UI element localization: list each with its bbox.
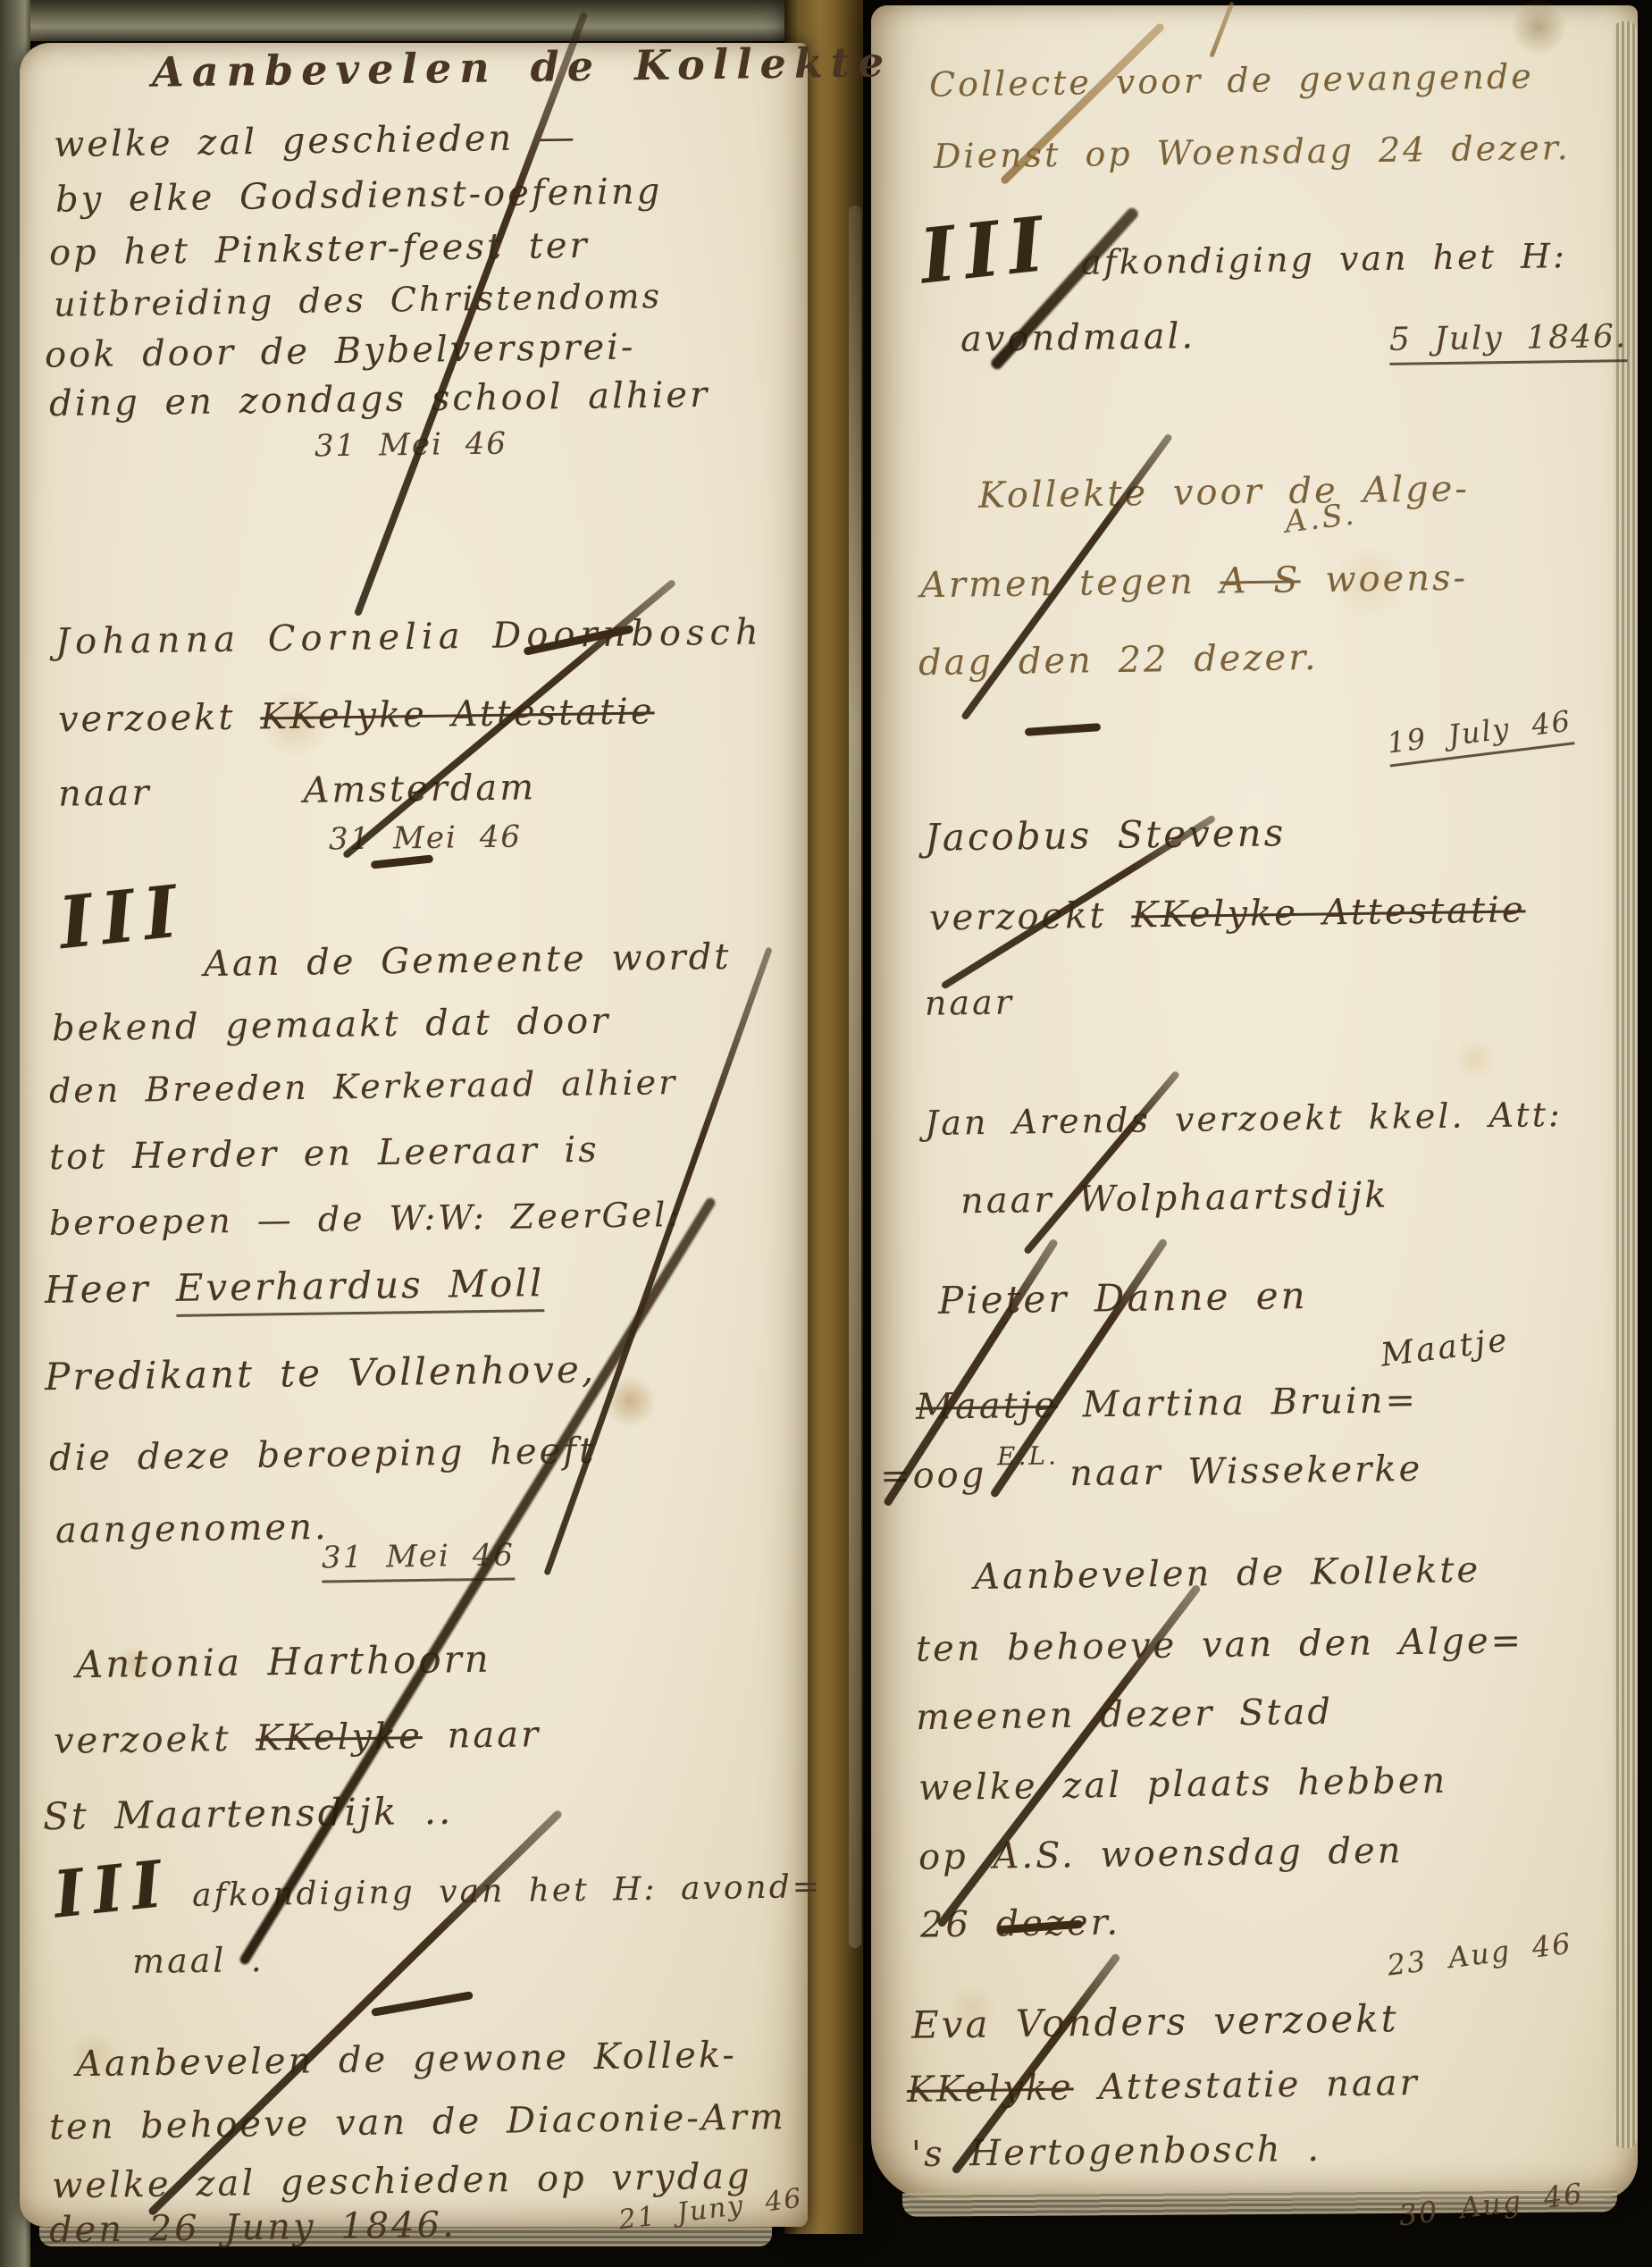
underlined-text: Everhardus Moll xyxy=(175,1261,544,1317)
entry-line: Aanbevelen de Kollekte xyxy=(974,1549,1481,1598)
entry-line: Maatje Martina Bruin= xyxy=(916,1380,1419,1428)
roman-numeral: III xyxy=(55,875,189,959)
struck-text: KKelyke xyxy=(256,1716,423,1759)
entry-line: welke zal plaats hebben xyxy=(918,1760,1448,1809)
entry-line-text: Attestatie naar xyxy=(1073,2062,1420,2108)
book-scan: Aanbevelen de Kollekte welke zal geschie… xyxy=(0,0,1652,2267)
paper-stain xyxy=(1443,1028,1505,1090)
entry-line: afkondiging van het H: xyxy=(1081,236,1567,282)
entry-line: KKelyke Attestatie naar xyxy=(907,2062,1420,2111)
struck-text: A S xyxy=(1220,559,1301,601)
entry-line-text: Heer xyxy=(45,1266,176,1312)
entry-line-text: naar xyxy=(423,1714,541,1757)
entry-line-text: verzoekt xyxy=(54,1718,256,1762)
entry-line: avondmaal. xyxy=(960,315,1196,360)
entry-line: Eva Vonders verzoekt xyxy=(911,1996,1399,2047)
entry-line-text: woens- xyxy=(1300,558,1468,601)
roman-numeral: III xyxy=(51,1851,174,1927)
underlined-text: 5 July 1846. xyxy=(1389,318,1628,365)
struck-text: KKelyke Attestatie xyxy=(260,691,655,737)
spine-paper-sliver xyxy=(849,206,861,1948)
entry-line: Heer Everhardus Moll xyxy=(45,1261,545,1312)
entry-line: =oogE.L.naar Wissekerke xyxy=(880,1448,1423,1497)
entry-line: Aan de Gemeente wordt xyxy=(204,936,732,985)
entry-line: Jacobus Stevens xyxy=(925,810,1287,860)
entry-line: Kollekte voor de Alge- xyxy=(978,468,1471,516)
entry-line: bekend gemaakt dat door xyxy=(52,1001,611,1050)
entry-date: 31 Mei 46 xyxy=(329,819,522,857)
roman-numeral: III xyxy=(917,206,1056,295)
entry-line: by elke Godsdienst-oefening xyxy=(55,171,663,220)
struck-text: KKelyke Attestatie xyxy=(1131,889,1526,936)
entry-line: tot Herder en Leeraar is xyxy=(49,1129,600,1179)
entry-line-text: naar Wissekerke xyxy=(1069,1448,1423,1495)
entry-line: op het Pinkster-feest ter xyxy=(49,225,590,273)
entry-line: den 26 Juny 1846. xyxy=(49,2204,457,2251)
entry-line: meenen dezer Stad xyxy=(916,1692,1334,1739)
entry-line: naar Wolphaartsdijk xyxy=(960,1175,1389,1222)
entry-line-text: naar xyxy=(58,772,152,814)
entry-line: Aanbevelen de Kollekte xyxy=(152,38,893,97)
entry-line: Predikant te Vollenhove, xyxy=(45,1348,597,1399)
entry-line: die deze beroeping heeft xyxy=(49,1431,597,1480)
entry-line: welke zal geschieden — xyxy=(54,117,578,165)
entry-line: ten behoeve van den Alge= xyxy=(916,1620,1524,1669)
entry-line: dag den 22 dezer. xyxy=(918,637,1319,684)
entry-line: naar xyxy=(925,982,1015,1022)
entry-date: 31 Mei 46 xyxy=(314,425,507,464)
struck-text: KKelyke xyxy=(907,2067,1074,2111)
entry-line: verzoekt KKelyke naar xyxy=(54,1714,541,1762)
entry-line: aangenomen. xyxy=(55,1507,329,1551)
entry-line-text: Martina Bruin= xyxy=(1058,1380,1419,1426)
entry-line: verzoekt KKelyke Attestatie xyxy=(929,889,1526,938)
entry-line: ook door de Bybelversprei- xyxy=(45,326,636,375)
entry-line: naarAmsterdam xyxy=(58,767,537,814)
entry-line: St Maartensdijk .. xyxy=(43,1789,454,1838)
book-cover-top-edge xyxy=(0,0,851,41)
entry-line-text: verzoekt xyxy=(58,697,261,741)
entry-line: verzoekt KKelyke Attestatie xyxy=(58,691,655,740)
entry-line: Armen tegen A S woens- xyxy=(920,558,1469,607)
entry-date: 5 July 1846. xyxy=(1389,318,1628,358)
